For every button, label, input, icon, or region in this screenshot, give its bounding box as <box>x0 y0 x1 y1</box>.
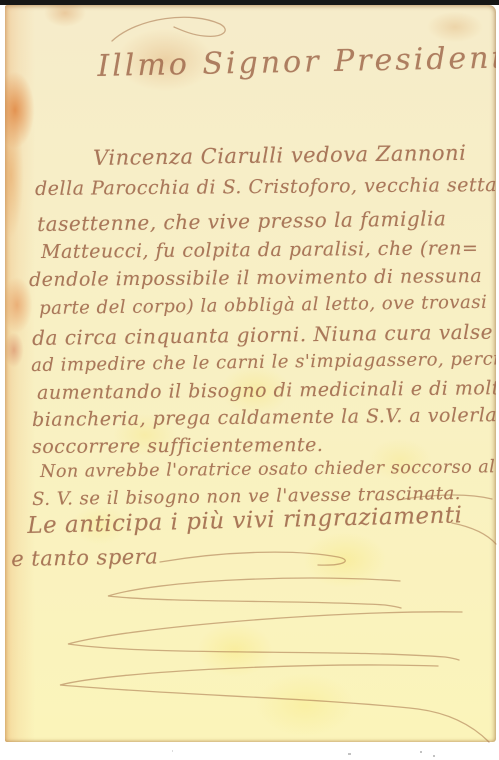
handwritten-line: Vincenza Ciarulli vedova Zannoni <box>93 141 466 170</box>
letter-paper: Illmo Signor Presidente Vincenza Ciarull… <box>5 5 496 742</box>
handwritten-line: tasettenne, che vive presso la famiglia <box>37 206 447 236</box>
handwritten-line: da circa cinquanta giorni. Niuna cura va… <box>32 320 493 350</box>
handwritten-line: e tanto spera <box>11 544 158 571</box>
handwritten-line: aumentando il bisogno di medicinali e di… <box>37 377 496 404</box>
scan-dust-speck <box>420 751 422 753</box>
handwritten-line: Non avrebbe l'oratrice osato chieder soc… <box>40 457 496 482</box>
handwritten-line: Matteucci, fu colpita da paralisi, che (… <box>41 237 478 263</box>
handwritten-line: biancheria, prega caldamente la S.V. a v… <box>32 404 496 431</box>
scan-frame: Illmo Signor Presidente Vincenza Ciarull… <box>0 0 499 760</box>
handwritten-line: parte del corpo) la obbligà al letto, ov… <box>39 292 487 319</box>
handwritten-line: dendole impossibile il movimento di ness… <box>29 265 482 291</box>
salutation-line: Illmo Signor Presidente <box>97 40 496 84</box>
scan-dust-speck <box>172 750 173 752</box>
handwritten-line: della Parocchia di S. Cristoforo, vecchi… <box>35 174 496 200</box>
scan-dust-speck <box>348 753 351 755</box>
scan-dust-speck <box>433 755 435 757</box>
handwritten-line: soccorrere sufficientemente. <box>32 434 323 458</box>
handwritten-line: ad impedire che le carni le s'impiagasse… <box>31 348 496 376</box>
